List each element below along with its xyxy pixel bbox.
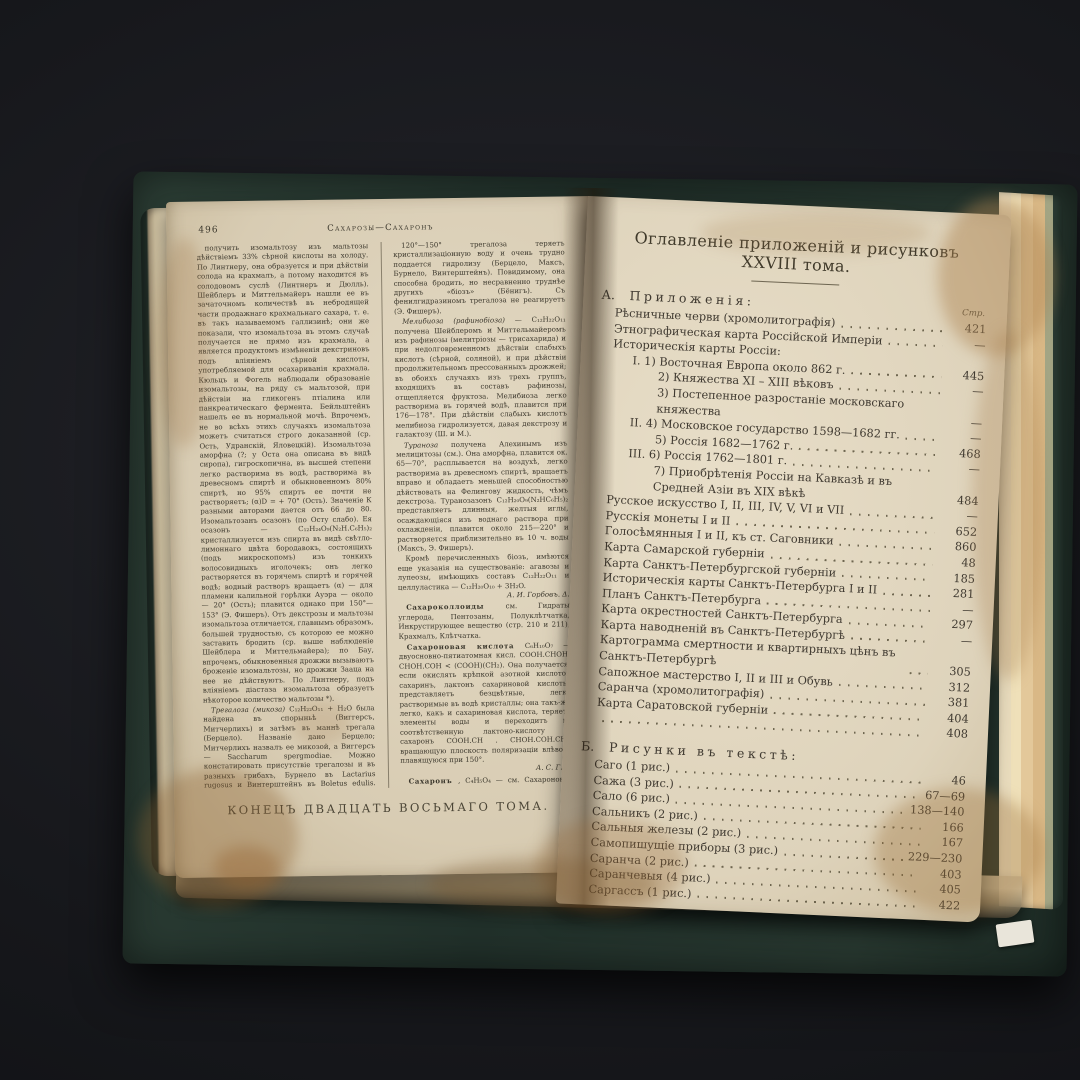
paragraph-lead: Тураноза	[404, 441, 451, 450]
toc-entry-page: 422	[922, 897, 961, 914]
toc-entry-page: 281	[936, 585, 975, 602]
toc-entry-page: 297	[935, 616, 974, 633]
body-paragraph: Кромѣ перечисленныхъ біозъ, имѣются еще …	[397, 553, 569, 602]
left-page-header: 496 Сахарозы—Сахаронъ	[196, 220, 564, 239]
page-edge-stack-right	[999, 192, 1063, 910]
toc-entry-page: 46	[928, 772, 967, 789]
toc-entry-page: 166	[925, 819, 964, 836]
toc-entry-page: 445	[946, 367, 985, 384]
dot-leader	[841, 325, 943, 332]
paragraph-lead: Трегалоза (микоза)	[211, 705, 289, 714]
right-page: Оглавленіе приложеній и рисунковъ XXVIII…	[556, 196, 1012, 923]
dot-leader	[842, 575, 932, 581]
section-b-letter: Б.	[581, 738, 610, 754]
running-head: Сахарозы—Сахаронъ	[196, 220, 564, 235]
dot-leader	[850, 513, 935, 519]
body-paragraph: Сахароколлоиды см. Гидраты углерода, Пен…	[398, 601, 570, 642]
dot-leader	[848, 622, 929, 628]
toc-section-b-entries: Саго (1 рис.)46Сажа (3 рис.)67—69Сало (6…	[574, 756, 966, 914]
toc-entry-page: 185	[937, 570, 976, 587]
section-a-letter: А.	[601, 287, 630, 303]
dot-leader	[697, 896, 917, 908]
toc-entry-page: 408	[930, 726, 969, 743]
dot-leader	[851, 373, 941, 379]
section-a-heading: Приложенія:	[629, 288, 755, 309]
toc-entry-page: —	[935, 601, 974, 618]
toc-entry-page: 421	[948, 320, 987, 337]
dot-leader	[839, 684, 927, 690]
photo-background: 496 Сахарозы—Сахаронъ получить изомальто…	[0, 0, 1080, 1080]
toc-entry-page: —	[942, 461, 981, 478]
body-paragraph: 120°—150° трегалоза теряетъ кристаллизац…	[393, 239, 566, 317]
toc-entry-page: —	[947, 336, 986, 353]
page-column-header: Стр.	[962, 308, 987, 319]
toc-entry-page: —	[944, 414, 983, 431]
toc-entry-page: 652	[939, 523, 978, 540]
toc-entry-page: 312	[932, 679, 971, 696]
toc-entry-page: 403	[923, 866, 962, 883]
volume-end-line: КОНЕЦЪ ДВАДЦАТЬ ВОСЬМАГО ТОМА.	[204, 798, 572, 817]
toc-entry-page: 860	[938, 539, 977, 556]
dot-leader	[839, 388, 940, 395]
text-column-1: получить изомальтозу изъ мальтозы дѣйств…	[197, 242, 376, 790]
toc-entry-page: 404	[930, 710, 969, 727]
left-page-content: 496 Сахарозы—Сахаронъ получить изомальто…	[166, 196, 597, 878]
dot-leader	[851, 638, 929, 644]
toc-entry-page: 468	[942, 445, 981, 462]
right-page-content: Оглавленіе приложеній и рисунковъ XXVIII…	[556, 196, 1012, 923]
dot-leader	[883, 592, 931, 596]
body-paragraph: получить изомальтозу изъ мальтозы дѣйств…	[197, 242, 375, 705]
body-paragraph: Тураноза получена Алехинымъ изъ мелицито…	[396, 439, 569, 554]
toc-entry-page: 405	[923, 881, 962, 898]
paragraph-lead: Сахароновая кислота	[407, 641, 525, 652]
toc-title: Оглавленіе приложеній и рисунковъ XXVIII…	[603, 227, 990, 282]
body-paragraph: Трегалоза (микоза) C₁₂H₂₂O₁₁ + H₂O была …	[203, 704, 376, 790]
paragraph-lead: Сахаронъ	[409, 776, 459, 786]
toc-entry-page: 48	[937, 554, 976, 571]
paragraph-lead: Сахароколлоиды	[406, 602, 506, 612]
left-page: 496 Сахарозы—Сахаронъ получить изомальто…	[166, 196, 597, 878]
body-paragraph: Сахароновая кислота C₆H₁₀O₇ — двуосновно…	[399, 640, 572, 775]
toc-entry-page: 138—140	[910, 802, 965, 820]
toc-entry-page: —	[940, 507, 979, 524]
toc-entry-page: —	[945, 383, 984, 400]
left-page-columns: получить изомальтозу изъ мальтозы дѣйств…	[197, 239, 573, 790]
toc-entry-page: 67—69	[925, 788, 966, 805]
toc-entry-page: 229—230	[908, 849, 963, 867]
body-paragraph: Мелибиоза (рафинобіоза) — C₁₂H₂₂O₁₁ полу…	[394, 316, 567, 441]
toc-section-a-entries: Рѣсничные черви (хромолитографія)421Этно…	[582, 305, 987, 743]
paragraph-lead: Мелибиоза (рафинобіоза)	[402, 316, 515, 326]
dot-leader	[888, 343, 942, 347]
toc-title-divider	[751, 280, 839, 285]
toc-entry-page: —	[934, 632, 973, 649]
toc-entry-page: 381	[931, 694, 970, 711]
body-paragraph: Сахаронъ , C₄H₅O₄ — см. Сахароновая кисл…	[401, 774, 573, 790]
dot-leader	[910, 672, 928, 675]
toc-entry-page: 167	[925, 834, 964, 851]
toc-entry-page: 305	[932, 663, 971, 680]
toc-entry-page: —	[943, 430, 982, 447]
dot-leader	[906, 437, 939, 440]
dot-leader	[839, 544, 933, 550]
toc-entry-page: 484	[940, 492, 979, 509]
text-column-2: 120°—150° трегалоза теряетъ кристаллизац…	[380, 239, 572, 788]
